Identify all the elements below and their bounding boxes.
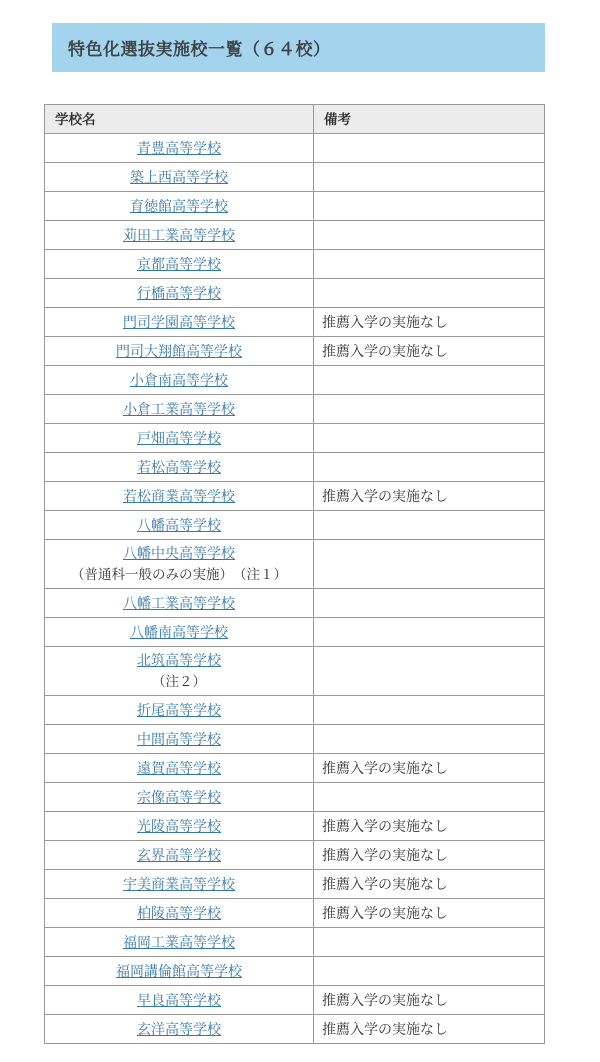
school-cell: 宗像高等学校 [45, 783, 314, 812]
school-link[interactable]: 築上西高等学校 [130, 169, 228, 185]
school-link[interactable]: 門司大翔館高等学校 [116, 343, 242, 359]
school-cell: 門司大翔館高等学校 [45, 337, 314, 366]
table-header-row: 学校名 備考 [45, 105, 545, 134]
school-link[interactable]: 八幡工業高等学校 [123, 595, 235, 611]
school-table-wrap: 学校名 備考 青豊高等学校築上西高等学校育徳館高等学校苅田工業高等学校京都高等学… [44, 104, 600, 1044]
table-row: 福岡工業高等学校 [45, 928, 545, 957]
school-cell: 福岡工業高等学校 [45, 928, 314, 957]
remark-cell [314, 696, 545, 725]
school-link[interactable]: 玄洋高等学校 [137, 1021, 221, 1037]
table-row: 八幡南高等学校 [45, 618, 545, 647]
school-note: （普通科一般のみの実施） （注１） [53, 565, 305, 584]
school-link[interactable]: 早良高等学校 [137, 992, 221, 1008]
school-cell: 青豊高等学校 [45, 134, 314, 163]
column-header-remarks: 備考 [314, 105, 545, 134]
school-cell: 若松高等学校 [45, 453, 314, 482]
table-row: 光陵高等学校推薦入学の実施なし [45, 812, 545, 841]
school-table: 学校名 備考 青豊高等学校築上西高等学校育徳館高等学校苅田工業高等学校京都高等学… [44, 104, 545, 1044]
school-cell: 八幡南高等学校 [45, 618, 314, 647]
school-cell: 築上西高等学校 [45, 163, 314, 192]
table-row: 育徳館高等学校 [45, 192, 545, 221]
school-cell: 北筑高等学校（注２） [45, 647, 314, 696]
remark-cell [314, 366, 545, 395]
school-link[interactable]: 門司学園高等学校 [123, 314, 235, 330]
remark-cell: 推薦入学の実施なし [314, 337, 545, 366]
school-link[interactable]: 玄界高等学校 [137, 847, 221, 863]
table-row: 門司学園高等学校推薦入学の実施なし [45, 308, 545, 337]
school-link[interactable]: 苅田工業高等学校 [123, 227, 235, 243]
school-link[interactable]: 京都高等学校 [137, 256, 221, 272]
school-note: （注２） [53, 672, 305, 691]
school-cell: 中間高等学校 [45, 725, 314, 754]
table-row: 小倉南高等学校 [45, 366, 545, 395]
remark-cell [314, 395, 545, 424]
remark-cell [314, 192, 545, 221]
remark-cell: 推薦入学の実施なし [314, 754, 545, 783]
remark-cell [314, 250, 545, 279]
school-link[interactable]: 八幡南高等学校 [130, 624, 228, 640]
school-cell: 苅田工業高等学校 [45, 221, 314, 250]
school-link[interactable]: 小倉南高等学校 [130, 372, 228, 388]
remark-cell [314, 453, 545, 482]
table-row: 八幡中央高等学校（普通科一般のみの実施） （注１） [45, 540, 545, 589]
remark-cell: 推薦入学の実施なし [314, 482, 545, 511]
title-bar: 特色化選抜実施校一覧（６４校） [52, 23, 545, 72]
school-link[interactable]: 戸畑高等学校 [137, 430, 221, 446]
school-cell: 光陵高等学校 [45, 812, 314, 841]
page-title: 特色化選抜実施校一覧（６４校） [68, 35, 331, 60]
table-row: 玄界高等学校推薦入学の実施なし [45, 841, 545, 870]
school-link[interactable]: 福岡講倫館高等学校 [116, 963, 242, 979]
school-link[interactable]: 若松高等学校 [137, 459, 221, 475]
school-cell: 遠賀高等学校 [45, 754, 314, 783]
school-link[interactable]: 福岡工業高等学校 [123, 934, 235, 950]
remark-cell [314, 647, 545, 696]
table-row: 若松高等学校 [45, 453, 545, 482]
remark-cell [314, 511, 545, 540]
table-row: 早良高等学校推薦入学の実施なし [45, 986, 545, 1015]
page: 特色化選抜実施校一覧（６４校） 学校名 備考 青豊高等学校築上西高等学校育徳館高… [0, 0, 600, 1044]
remark-cell [314, 725, 545, 754]
remark-cell: 推薦入学の実施なし [314, 308, 545, 337]
table-row: 青豊高等学校 [45, 134, 545, 163]
table-row: 八幡工業高等学校 [45, 589, 545, 618]
table-row: 若松商業高等学校推薦入学の実施なし [45, 482, 545, 511]
remark-cell [314, 618, 545, 647]
school-link[interactable]: 中間高等学校 [137, 731, 221, 747]
school-link[interactable]: 行橋高等学校 [137, 285, 221, 301]
school-link[interactable]: 宗像高等学校 [137, 789, 221, 805]
school-cell: 玄界高等学校 [45, 841, 314, 870]
table-row: 北筑高等学校（注２） [45, 647, 545, 696]
school-cell: 八幡工業高等学校 [45, 589, 314, 618]
remark-cell: 推薦入学の実施なし [314, 841, 545, 870]
school-cell: 八幡中央高等学校（普通科一般のみの実施） （注１） [45, 540, 314, 589]
school-cell: 戸畑高等学校 [45, 424, 314, 453]
school-cell: 小倉南高等学校 [45, 366, 314, 395]
table-row: 宇美商業高等学校推薦入学の実施なし [45, 870, 545, 899]
table-row: 中間高等学校 [45, 725, 545, 754]
remark-cell [314, 783, 545, 812]
school-link[interactable]: 八幡高等学校 [137, 517, 221, 533]
table-row: 柏陵高等学校推薦入学の実施なし [45, 899, 545, 928]
table-row: 門司大翔館高等学校推薦入学の実施なし [45, 337, 545, 366]
school-link[interactable]: 遠賀高等学校 [137, 760, 221, 776]
school-table-body: 青豊高等学校築上西高等学校育徳館高等学校苅田工業高等学校京都高等学校行橋高等学校… [45, 134, 545, 1044]
table-row: 築上西高等学校 [45, 163, 545, 192]
school-cell: 行橋高等学校 [45, 279, 314, 308]
table-row: 遠賀高等学校推薦入学の実施なし [45, 754, 545, 783]
school-cell: 京都高等学校 [45, 250, 314, 279]
remark-cell [314, 424, 545, 453]
table-row: 小倉工業高等学校 [45, 395, 545, 424]
school-link[interactable]: 北筑高等学校 [137, 652, 221, 668]
school-cell: 若松商業高等学校 [45, 482, 314, 511]
school-cell: 門司学園高等学校 [45, 308, 314, 337]
remark-cell [314, 163, 545, 192]
school-link[interactable]: 若松商業高等学校 [123, 488, 235, 504]
school-link[interactable]: 八幡中央高等学校 [123, 545, 235, 561]
school-cell: 八幡高等学校 [45, 511, 314, 540]
remark-cell: 推薦入学の実施なし [314, 1015, 545, 1044]
remark-cell [314, 928, 545, 957]
school-cell: 宇美商業高等学校 [45, 870, 314, 899]
remark-cell: 推薦入学の実施なし [314, 986, 545, 1015]
table-row: 京都高等学校 [45, 250, 545, 279]
school-cell: 早良高等学校 [45, 986, 314, 1015]
school-cell: 福岡講倫館高等学校 [45, 957, 314, 986]
remark-cell [314, 279, 545, 308]
school-link[interactable]: 折尾高等学校 [137, 702, 221, 718]
remark-cell: 推薦入学の実施なし [314, 899, 545, 928]
table-row: 戸畑高等学校 [45, 424, 545, 453]
school-link[interactable]: 柏陵高等学校 [137, 905, 221, 921]
school-link[interactable]: 育徳館高等学校 [130, 198, 228, 214]
school-cell: 折尾高等学校 [45, 696, 314, 725]
school-link[interactable]: 小倉工業高等学校 [123, 401, 235, 417]
remark-cell [314, 134, 545, 163]
school-cell: 玄洋高等学校 [45, 1015, 314, 1044]
table-row: 行橋高等学校 [45, 279, 545, 308]
remark-cell [314, 957, 545, 986]
column-header-school: 学校名 [45, 105, 314, 134]
school-link[interactable]: 青豊高等学校 [137, 140, 221, 156]
remark-cell: 推薦入学の実施なし [314, 870, 545, 899]
table-row: 折尾高等学校 [45, 696, 545, 725]
school-cell: 柏陵高等学校 [45, 899, 314, 928]
table-row: 玄洋高等学校推薦入学の実施なし [45, 1015, 545, 1044]
school-link[interactable]: 宇美商業高等学校 [123, 876, 235, 892]
school-cell: 小倉工業高等学校 [45, 395, 314, 424]
school-link[interactable]: 光陵高等学校 [137, 818, 221, 834]
table-row: 福岡講倫館高等学校 [45, 957, 545, 986]
remark-cell [314, 589, 545, 618]
table-row: 八幡高等学校 [45, 511, 545, 540]
remark-cell [314, 221, 545, 250]
remark-cell [314, 540, 545, 589]
table-row: 苅田工業高等学校 [45, 221, 545, 250]
school-cell: 育徳館高等学校 [45, 192, 314, 221]
remark-cell: 推薦入学の実施なし [314, 812, 545, 841]
table-row: 宗像高等学校 [45, 783, 545, 812]
